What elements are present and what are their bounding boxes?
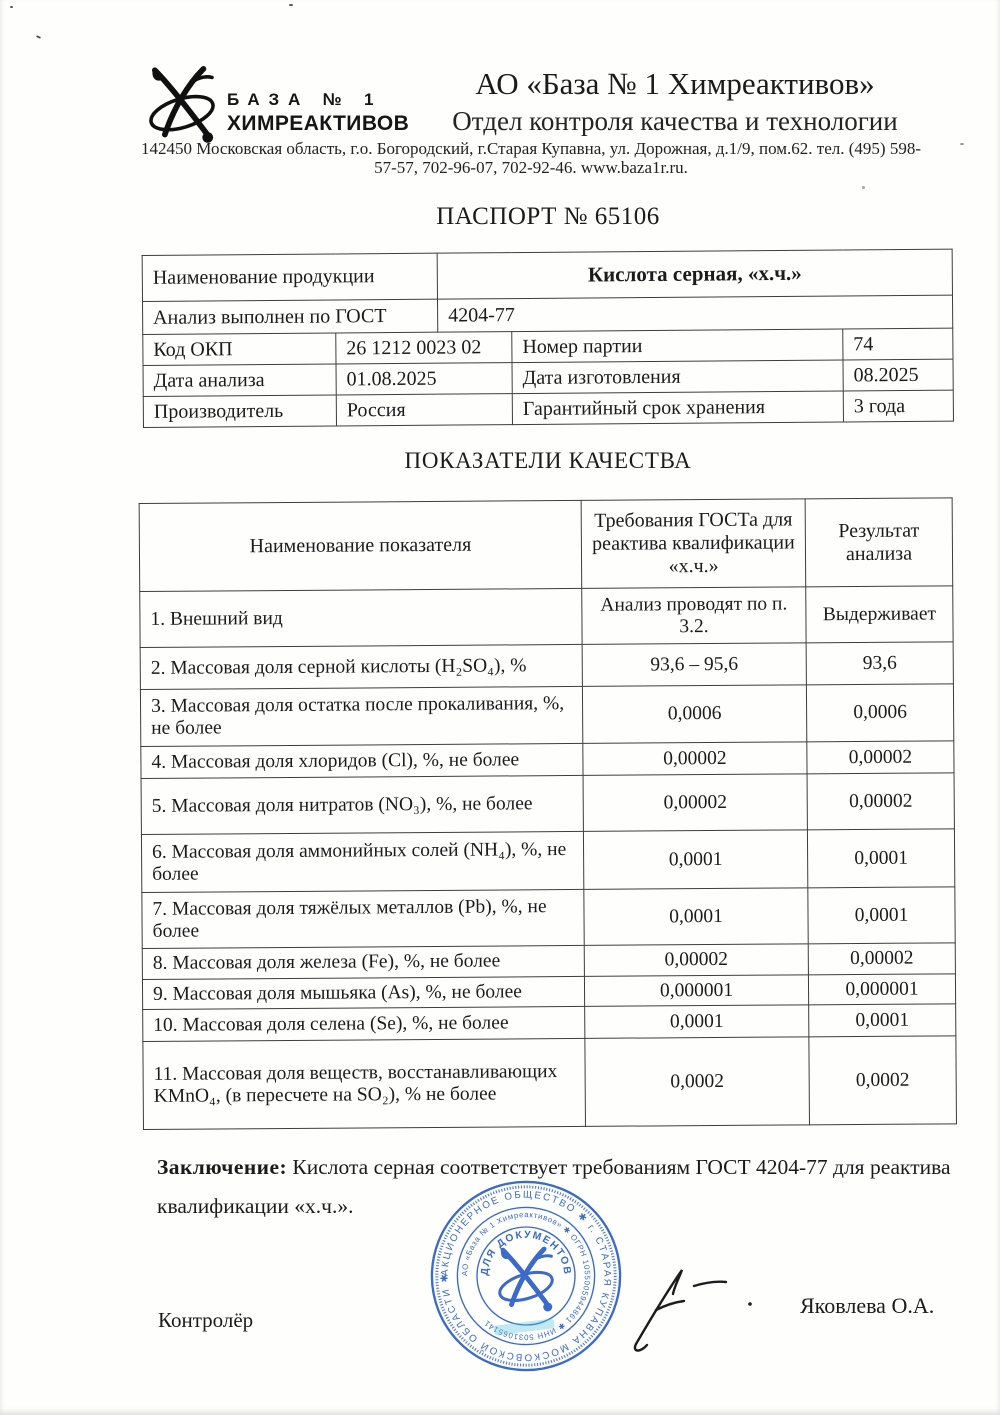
manufacturer-value: Россия [336,394,512,426]
manufacturer-label: Производитель [143,395,336,428]
indicator-result: 0,0001 [807,829,954,888]
address-line-1: 142450 Московская область, г.о. Богородс… [70,139,992,158]
indicator-name: 9. Массовая доля мышьяка (As), %, не бол… [142,976,584,1009]
indicator-requirement: 0,0006 [582,685,806,744]
signoff-role: Контролёр [158,1308,253,1333]
batch-value: 74 [843,328,953,360]
quality-row: 2. Массовая доля серной кислоты (H₂SO₄),… [140,642,953,690]
company-name: АО «База № 1 Химреактивов» [415,66,935,102]
product-name-label: Наименование продукции [142,253,437,301]
indicator-name: 3. Массовая доля остатка после прокалива… [140,686,582,746]
scan-speck [289,4,293,6]
batch-label: Номер партии [512,329,843,363]
analysis-date-label: Дата анализа [143,364,336,397]
table-row: Производитель Россия Гарантийный срок хр… [143,390,953,427]
quality-section-title: ПОКАЗАТЕЛИ КАЧЕСТВА [143,448,953,474]
indicator-requirement: 0,0001 [585,1005,809,1039]
quality-row: 3. Массовая доля остатка после прокалива… [140,684,953,747]
table-row: Наименование продукции Кислота серная, «… [142,249,952,301]
col-header-requirement: Требования ГОСТа для реактива квалификац… [581,499,806,589]
indicator-requirement: 0,0001 [584,888,808,946]
company-logo-text: БАЗА № 1 ХИМРЕАКТИВОВ [227,90,417,136]
indicator-name: 2. Массовая доля серной кислоты (H₂SO₄),… [140,644,582,689]
indicator-result: 0,00002 [807,773,954,830]
indicator-requirement: 0,00002 [583,774,807,832]
quality-table: Наименование показателя Требования ГОСТа… [139,497,957,1130]
quality-row: 1. Внешний видАнализ проводят по п. 3.2.… [140,586,953,648]
analysis-date-value: 01.08.2025 [336,363,512,395]
col-header-indicator: Наименование показателя [139,500,582,591]
indicator-result: Выдерживает [806,586,953,643]
indicator-requirement: 0,000001 [584,975,808,1007]
company-stamp: АКЦИОНЕРНОЕ ОБЩЕСТВО ✱ г. СТАРАЯ КУПАВНА… [428,1178,624,1374]
document-page: БАЗА № 1 ХИМРЕАКТИВОВ АО «База № 1 Химре… [0,0,1000,1415]
quality-row: 7. Массовая доля тяжёлых металлов (Pb), … [142,887,955,949]
shelf-life-value: 3 года [843,390,953,422]
conclusion-label: Заключение: [157,1155,287,1179]
mfg-date-label: Дата изготовления [512,360,843,394]
indicator-name: 7. Массовая доля тяжёлых металлов (Pb), … [142,889,584,948]
logo-line1: БАЗА № 1 [227,90,417,110]
indicator-result: 0,0001 [809,1004,956,1037]
indicator-result: 0,00002 [807,741,954,774]
indicator-name: 11. Массовая доля веществ, восстанавлива… [143,1038,586,1129]
indicator-name: 5. Массовая доля нитратов (NO₃), %, не б… [141,775,583,834]
controller-signature [622,1258,772,1358]
department-name: Отдел контроля качества и технологии [415,106,935,137]
mfg-date-value: 08.2025 [843,359,953,391]
indicator-name: 4. Массовая доля хлоридов (Cl), %, не бо… [141,743,583,778]
scan-speck [10,6,13,8]
indicator-requirement: 0,0001 [583,830,807,890]
indicator-result: 0,0006 [806,684,953,742]
indicator-requirement: 0,0002 [585,1037,810,1127]
passport-title: ПАСПОРТ № 65106 [143,203,953,231]
quality-header-row: Наименование показателя Требования ГОСТа… [139,498,953,592]
product-info-table: Наименование продукции Кислота серная, «… [142,249,954,428]
indicator-result: 0,00002 [808,943,955,975]
scan-speck [36,35,41,39]
indicator-result: 0,0002 [809,1036,957,1125]
indicator-requirement: 0,00002 [583,742,807,776]
indicator-name: 6. Массовая доля аммонийных солей (NH₄),… [141,831,583,892]
indicator-result: 0,0001 [808,887,955,944]
letterhead-titles: АО «База № 1 Химреактивов» Отдел контрол… [415,66,935,137]
indicator-requirement: Анализ проводят по п. 3.2. [582,587,806,645]
okp-value: 26 1212 0023 02 [336,332,512,364]
quality-row: 5. Массовая доля нитратов (NO₃), %, не б… [141,773,954,835]
scan-speck [862,186,865,189]
address-line-2: 57-57, 702-96-07, 702-92-46. www.baza1r.… [70,158,992,177]
quality-row: 6. Массовая доля аммонийных солей (NH₄),… [141,829,954,893]
indicator-requirement: 93,6 – 95,6 [582,643,806,687]
company-address: 142450 Московская область, г.о. Богородс… [70,139,992,177]
gost-label: Анализ выполнен по ГОСТ [143,299,438,334]
col-header-result: Результат анализа [805,498,953,587]
shelf-life-label: Гарантийный срок хранения [512,391,843,425]
okp-label: Код ОКП [143,333,336,366]
product-name-value: Кислота серная, «х.ч.» [437,249,952,299]
indicator-name: 1. Внешний вид [140,588,582,647]
quality-row: 11. Массовая доля веществ, восстанавлива… [143,1036,957,1130]
signoff-name: Яковлева О.А. [800,1293,934,1319]
company-logo-icon [146,66,218,146]
logo-line2: ХИМРЕАКТИВОВ [227,112,417,136]
indicator-result: 93,6 [806,642,953,685]
indicator-result: 0,000001 [808,974,955,1005]
indicator-name: 8. Массовая доля железа (Fe), %, не боле… [142,945,584,979]
gost-value: 4204-77 [438,295,953,332]
indicator-requirement: 0,00002 [584,944,808,977]
indicator-name: 10. Массовая доля селена (Se), %, не бол… [143,1006,585,1041]
